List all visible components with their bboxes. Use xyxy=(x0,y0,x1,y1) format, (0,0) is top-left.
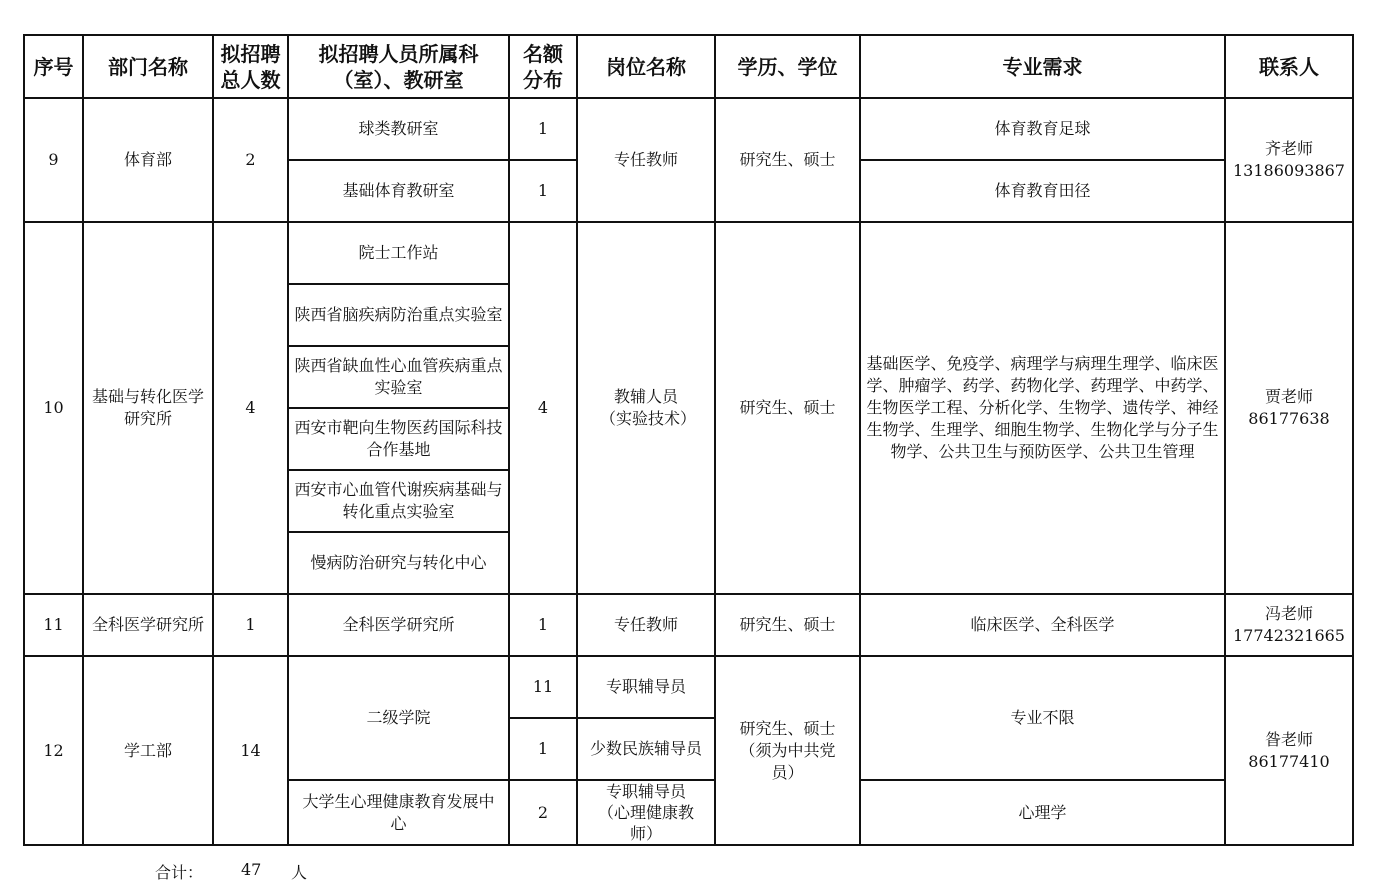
cell-seq: 11 xyxy=(24,594,83,656)
cell-office: 基础体育教研室 xyxy=(288,160,509,222)
cell-seq: 9 xyxy=(24,98,83,222)
cell-total: 14 xyxy=(213,656,288,845)
cell-major: 心理学 xyxy=(860,780,1225,845)
cell-office: 陕西省脑疾病防治重点实验室 xyxy=(288,284,509,346)
header-total-count: 拟招聘总人数 xyxy=(213,35,288,98)
contact-phone: 17742321665 xyxy=(1230,625,1348,647)
contact-name: 齐老师 xyxy=(1230,138,1348,160)
cell-education: 研究生、硕士（须为中共党员） xyxy=(715,656,860,845)
contact-phone: 86177410 xyxy=(1230,751,1348,773)
table-row: 9 体育部 2 球类教研室 1 专任教师 研究生、硕士 体育教育足球 齐老师 1… xyxy=(24,98,1353,160)
contact-phone: 13186093867 xyxy=(1230,160,1348,182)
contact-phone: 86177638 xyxy=(1230,408,1348,430)
cell-contact: 冯老师 17742321665 xyxy=(1225,594,1353,656)
cell-position: 专职辅导员（心理健康教师） xyxy=(577,780,715,845)
cell-major: 体育教育足球 xyxy=(860,98,1225,160)
table-row: 12 学工部 14 二级学院 11 专职辅导员 研究生、硕士（须为中共党员） 专… xyxy=(24,656,1353,718)
cell-total: 4 xyxy=(213,222,288,594)
contact-name: 冯老师 xyxy=(1230,603,1348,625)
cell-office: 陕西省缺血性心血管疾病重点实验室 xyxy=(288,346,509,408)
cell-major: 体育教育田径 xyxy=(860,160,1225,222)
cell-contact: 齐老师 13186093867 xyxy=(1225,98,1353,222)
contact-name: 昝老师 xyxy=(1230,729,1348,751)
cell-position: 少数民族辅导员 xyxy=(577,718,715,780)
cell-department: 基础与转化医学研究所 xyxy=(83,222,213,594)
cell-office: 慢病防治研究与转化中心 xyxy=(288,532,509,594)
cell-position: 专任教师 xyxy=(577,98,715,222)
header-row: 序号 部门名称 拟招聘总人数 拟招聘人员所属科（室）、教研室 名额分布 岗位名称… xyxy=(24,35,1353,98)
cell-position: 专任教师 xyxy=(577,594,715,656)
cell-office: 西安市靶向生物医药国际科技合作基地 xyxy=(288,408,509,470)
cell-quota: 11 xyxy=(509,656,577,718)
cell-office: 球类教研室 xyxy=(288,98,509,160)
header-major: 专业需求 xyxy=(860,35,1225,98)
cell-position: 教辅人员（实验技术） xyxy=(577,222,715,594)
header-department: 部门名称 xyxy=(83,35,213,98)
cell-major: 临床医学、全科医学 xyxy=(860,594,1225,656)
cell-major: 专业不限 xyxy=(860,656,1225,780)
total-label: 合计： xyxy=(155,860,241,883)
table-row: 10 基础与转化医学研究所 4 院士工作站 4 教辅人员（实验技术） 研究生、硕… xyxy=(24,222,1353,284)
contact-name: 贾老师 xyxy=(1230,386,1348,408)
cell-contact: 贾老师 86177638 xyxy=(1225,222,1353,594)
cell-position: 专职辅导员 xyxy=(577,656,715,718)
header-education: 学历、学位 xyxy=(715,35,860,98)
cell-department: 学工部 xyxy=(83,656,213,845)
header-quota: 名额分布 xyxy=(509,35,577,98)
header-office: 拟招聘人员所属科（室）、教研室 xyxy=(288,35,509,98)
cell-education: 研究生、硕士 xyxy=(715,222,860,594)
cell-office: 西安市心血管代谢疾病基础与转化重点实验室 xyxy=(288,470,509,532)
cell-quota: 1 xyxy=(509,160,577,222)
header-position: 岗位名称 xyxy=(577,35,715,98)
cell-office: 院士工作站 xyxy=(288,222,509,284)
cell-education: 研究生、硕士 xyxy=(715,98,860,222)
cell-seq: 12 xyxy=(24,656,83,845)
cell-contact: 昝老师 86177410 xyxy=(1225,656,1353,845)
cell-quota: 1 xyxy=(509,594,577,656)
cell-education: 研究生、硕士 xyxy=(715,594,860,656)
cell-office: 大学生心理健康教育发展中心 xyxy=(288,780,509,845)
total-unit: 人 xyxy=(291,860,307,883)
recruitment-table: 序号 部门名称 拟招聘总人数 拟招聘人员所属科（室）、教研室 名额分布 岗位名称… xyxy=(23,34,1354,846)
table-row: 11 全科医学研究所 1 全科医学研究所 1 专任教师 研究生、硕士 临床医学、… xyxy=(24,594,1353,656)
cell-total: 1 xyxy=(213,594,288,656)
cell-office: 全科医学研究所 xyxy=(288,594,509,656)
total-value: 47 xyxy=(241,860,291,883)
cell-total: 2 xyxy=(213,98,288,222)
cell-quota: 1 xyxy=(509,98,577,160)
cell-quota: 4 xyxy=(509,222,577,594)
cell-quota: 1 xyxy=(509,718,577,780)
cell-seq: 10 xyxy=(24,222,83,594)
header-contact: 联系人 xyxy=(1225,35,1353,98)
cell-department: 体育部 xyxy=(83,98,213,222)
total-summary: 合计： 47 人 xyxy=(155,860,307,883)
header-seq: 序号 xyxy=(24,35,83,98)
cell-department: 全科医学研究所 xyxy=(83,594,213,656)
cell-quota: 2 xyxy=(509,780,577,845)
cell-major: 基础医学、免疫学、病理学与病理生理学、临床医学、肿瘤学、药学、药物化学、药理学、… xyxy=(860,222,1225,594)
cell-office: 二级学院 xyxy=(288,656,509,780)
